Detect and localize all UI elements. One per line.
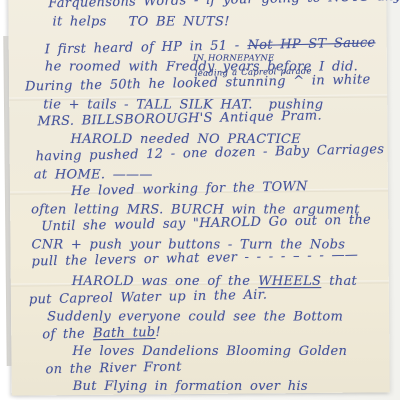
line-text: on the River Front [45,359,181,377]
handwritten-line: it helpsTO BE NUTS! [53,15,379,29]
inserted-note: leading a Capreol parade [195,65,312,81]
handwritten-line: leading a Capreol paradeDuring the 50th … [25,73,379,94]
handwritten-text: Farquehsons Words - if your going to NUT… [24,0,381,398]
line-text: he roomed with Freddy [45,59,215,74]
line-text: Farquehsons Words - if your going to NUT… [48,0,400,11]
line-text: HAROLD was one of the [72,274,250,289]
inserted-note: IN HORNEPAYNE [193,51,275,65]
line-text-emphasis: TO BE NUTS! [129,14,230,29]
line-text: at HOME. ——— [34,167,153,182]
handwritten-line: But Flying in formation over his [73,380,382,394]
letter-photo: Farquehsons Words - if your going to NUT… [0,0,400,400]
letter-page: Farquehsons Words - if your going to NUT… [8,0,390,396]
line-text: it helps [53,14,107,29]
struck-text: Not HP ST Sauce [247,35,375,53]
line-text: But Flying in formation over his [73,379,308,394]
line-text: of the [42,326,85,342]
underlined-text: Bath tub [93,325,156,341]
line-text: He loves Dandelions Blooming Golden [72,344,347,359]
handwritten-line: Farquehsons Words - if your going to NUT… [48,0,378,11]
line-text: put Capreol Water up in the Air. [29,287,268,307]
line-text: ! [155,324,161,339]
